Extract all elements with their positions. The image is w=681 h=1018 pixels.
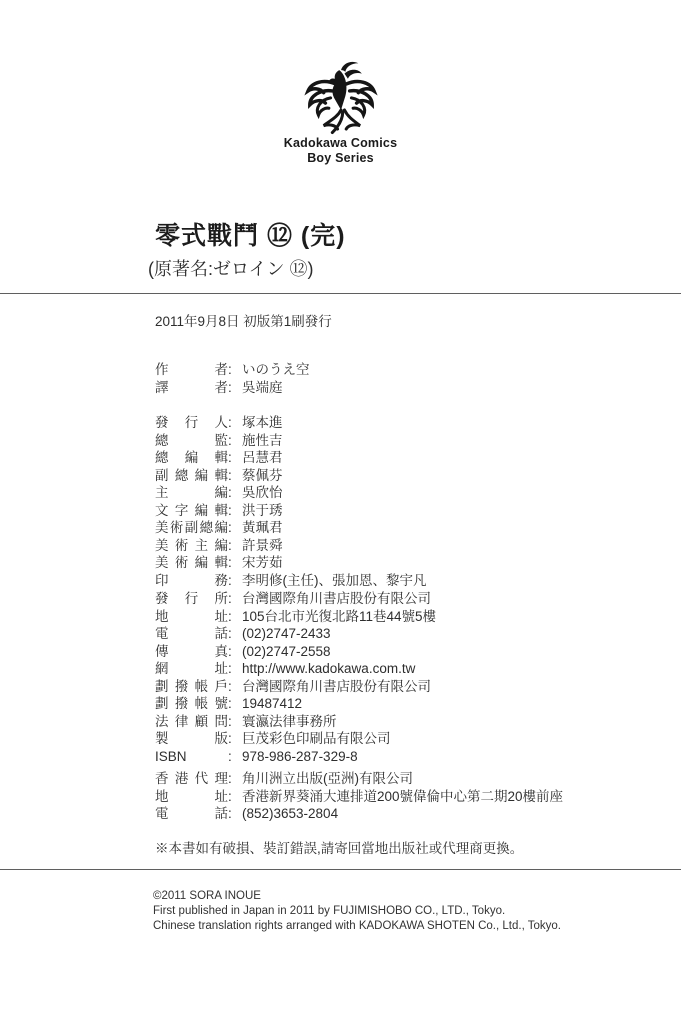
phoenix-emblem-icon <box>297 58 385 136</box>
credit-value: 宋芳茹 <box>242 554 283 572</box>
credit-colon: : <box>228 502 242 520</box>
credit-label: 美術副總編 <box>155 519 228 537</box>
credit-value: 台灣國際角川書店股份有限公司 <box>242 590 431 608</box>
credit-label: 文字編輯 <box>155 502 228 520</box>
credit-row: 傳真:(02)2747-2558 <box>155 643 436 661</box>
credits-staff-block: 發行人:塚本進 總監:施性吉 總編輯:呂慧君 副總編輯:蔡佩芬 主編:吳欣怡 文… <box>155 414 427 589</box>
credit-row: 地址:105台北市光復北路11巷44號5樓 <box>155 608 436 626</box>
credit-label: 香港代理 <box>155 770 228 788</box>
credit-colon: : <box>228 449 242 467</box>
credit-value: 洪于琇 <box>242 502 283 520</box>
credit-colon: : <box>228 643 242 661</box>
isbn-value: 978-986-287-329-8 <box>242 748 358 766</box>
credit-value: 巨茂彩色印刷品有限公司 <box>242 730 391 748</box>
credit-label: 主編 <box>155 484 228 502</box>
credit-row: 美術編輯:宋芳茹 <box>155 554 427 572</box>
credit-row: 法律顧問:寰瀛法律事務所 <box>155 713 436 731</box>
credit-row-isbn: ISBN:978-986-287-329-8 <box>155 748 436 766</box>
credit-label: 電話 <box>155 625 228 643</box>
credit-row: 主編:吳欣怡 <box>155 484 427 502</box>
credit-value: 角川洲立出版(亞洲)有限公司 <box>242 770 413 788</box>
credit-row: 總監:施性吉 <box>155 432 427 450</box>
credit-colon: : <box>228 414 242 432</box>
book-title: 零式戰鬥 ⑫ (完) <box>155 216 346 252</box>
credit-value: 黃珮君 <box>242 519 283 537</box>
credit-colon: : <box>228 608 242 626</box>
credit-value: (02)2747-2558 <box>242 643 331 661</box>
credit-value: いのうえ空 <box>242 361 310 379</box>
credit-value: 台灣國際角川書店股份有限公司 <box>242 678 431 696</box>
credit-row: 電話:(02)2747-2433 <box>155 625 436 643</box>
credit-colon: : <box>228 678 242 696</box>
credit-row: 美術主編:許景舜 <box>155 537 427 555</box>
publisher-block: 發行所:台灣國際角川書店股份有限公司 地址:105台北市光復北路11巷44號5樓… <box>155 590 436 765</box>
credit-colon: : <box>228 695 242 713</box>
credit-label: 地址 <box>155 788 228 806</box>
logo-text-line2: Boy Series <box>0 151 681 166</box>
credit-label: 法律顧問 <box>155 713 228 731</box>
credit-colon: : <box>228 361 242 379</box>
divider-top <box>0 293 681 294</box>
credit-colon: : <box>228 730 242 748</box>
credit-label: 發行人 <box>155 414 228 432</box>
credit-colon: : <box>228 432 242 450</box>
credit-colon: : <box>228 467 242 485</box>
credit-label: 地址 <box>155 608 228 626</box>
credit-row: 發行人:塚本進 <box>155 414 427 432</box>
credit-row: 電話:(852)3653-2804 <box>155 805 563 823</box>
credits-primary-block: 作者:いのうえ空 譯者:吳端庭 <box>155 361 310 396</box>
credit-colon: : <box>228 713 242 731</box>
credit-label: 傳真 <box>155 643 228 661</box>
credit-label: 製版 <box>155 730 228 748</box>
credit-value: 吳欣怡 <box>242 484 283 502</box>
credit-colon: : <box>228 572 242 590</box>
credit-row: 製版:巨茂彩色印刷品有限公司 <box>155 730 436 748</box>
credit-label: 劃撥帳號 <box>155 695 228 713</box>
website-url: http://www.kadokawa.com.tw <box>242 660 415 678</box>
copyright-line1: ©2011 SORA INOUE <box>153 889 561 904</box>
credit-label: 作者 <box>155 361 228 379</box>
credit-label: ISBN <box>155 748 228 766</box>
credit-value: 呂慧君 <box>242 449 283 467</box>
credit-row: 劃撥帳號:19487412 <box>155 695 436 713</box>
credit-label: 副總編輯 <box>155 467 228 485</box>
credit-label: 總監 <box>155 432 228 450</box>
credit-row: 地址:香港新界葵涌大連排道200號偉倫中心第二期20樓前座 <box>155 788 563 806</box>
credit-row: 劃撥帳戶:台灣國際角川書店股份有限公司 <box>155 678 436 696</box>
damage-notice: ※本書如有破損、裝訂錯誤,請寄回當地出版社或代理商更換。 <box>155 837 523 857</box>
credit-value: 蔡佩芬 <box>242 467 283 485</box>
credit-value: 19487412 <box>242 695 302 713</box>
credit-row: 副總編輯:蔡佩芬 <box>155 467 427 485</box>
divider-bottom <box>0 869 681 870</box>
credit-row-website: 網址:http://www.kadokawa.com.tw <box>155 660 436 678</box>
credit-label: 電話 <box>155 805 228 823</box>
credit-row: 美術副總編:黃珮君 <box>155 519 427 537</box>
credit-label: 譯者 <box>155 379 228 397</box>
credit-colon: : <box>228 788 242 806</box>
copyright-block: ©2011 SORA INOUE First published in Japa… <box>153 889 561 935</box>
copyright-line2: First published in Japan in 2011 by FUJI… <box>153 904 561 919</box>
credit-label: 劃撥帳戶 <box>155 678 228 696</box>
credit-value: 105台北市光復北路11巷44號5樓 <box>242 608 436 626</box>
credit-value: 寰瀛法律事務所 <box>242 713 337 731</box>
credit-label: 總編輯 <box>155 449 228 467</box>
credit-colon: : <box>228 625 242 643</box>
publisher-logo: Kadokawa Comics Boy Series <box>0 58 681 166</box>
hk-agent-block: 香港代理:角川洲立出版(亞洲)有限公司 地址:香港新界葵涌大連排道200號偉倫中… <box>155 770 563 823</box>
credit-colon: : <box>228 484 242 502</box>
credit-value: 李明修(主任)、張加恩、黎宇凡 <box>242 572 427 590</box>
credit-value: 塚本進 <box>242 414 283 432</box>
colophon-page: Kadokawa Comics Boy Series 零式戰鬥 ⑫ (完) (原… <box>0 0 681 1018</box>
credit-colon: : <box>228 379 242 397</box>
credit-label: 發行所 <box>155 590 228 608</box>
original-title: (原著名:ゼロイン ⑫) <box>148 255 313 281</box>
credit-colon: : <box>228 554 242 572</box>
credit-value: (852)3653-2804 <box>242 805 338 823</box>
credit-row-author: 作者:いのうえ空 <box>155 361 310 379</box>
credit-row: 印務:李明修(主任)、張加恩、黎宇凡 <box>155 572 427 590</box>
credit-row: 文字編輯:洪于琇 <box>155 502 427 520</box>
credit-colon: : <box>228 805 242 823</box>
credit-value: 香港新界葵涌大連排道200號偉倫中心第二期20樓前座 <box>242 788 563 806</box>
credit-colon: : <box>228 770 242 788</box>
copyright-line3: Chinese translation rights arranged with… <box>153 919 561 934</box>
credit-colon: : <box>228 537 242 555</box>
credit-label: 美術主編 <box>155 537 228 555</box>
credit-value: 吳端庭 <box>242 379 283 397</box>
credit-label: 印務 <box>155 572 228 590</box>
credit-colon: : <box>228 660 242 678</box>
credit-row: 總編輯:呂慧君 <box>155 449 427 467</box>
credit-row: 香港代理:角川洲立出版(亞洲)有限公司 <box>155 770 563 788</box>
logo-text-line1: Kadokawa Comics <box>0 136 681 151</box>
credit-colon: : <box>228 590 242 608</box>
edition-date: 2011年9月8日 初版第1刷發行 <box>155 310 332 330</box>
credit-value: 許景舜 <box>242 537 283 555</box>
credit-colon: : <box>228 519 242 537</box>
credit-colon: : <box>228 748 242 766</box>
credit-row-translator: 譯者:吳端庭 <box>155 379 310 397</box>
credit-label: 美術編輯 <box>155 554 228 572</box>
credit-row: 發行所:台灣國際角川書店股份有限公司 <box>155 590 436 608</box>
credit-value: 施性吉 <box>242 432 283 450</box>
credit-value: (02)2747-2433 <box>242 625 331 643</box>
credit-label: 網址 <box>155 660 228 678</box>
